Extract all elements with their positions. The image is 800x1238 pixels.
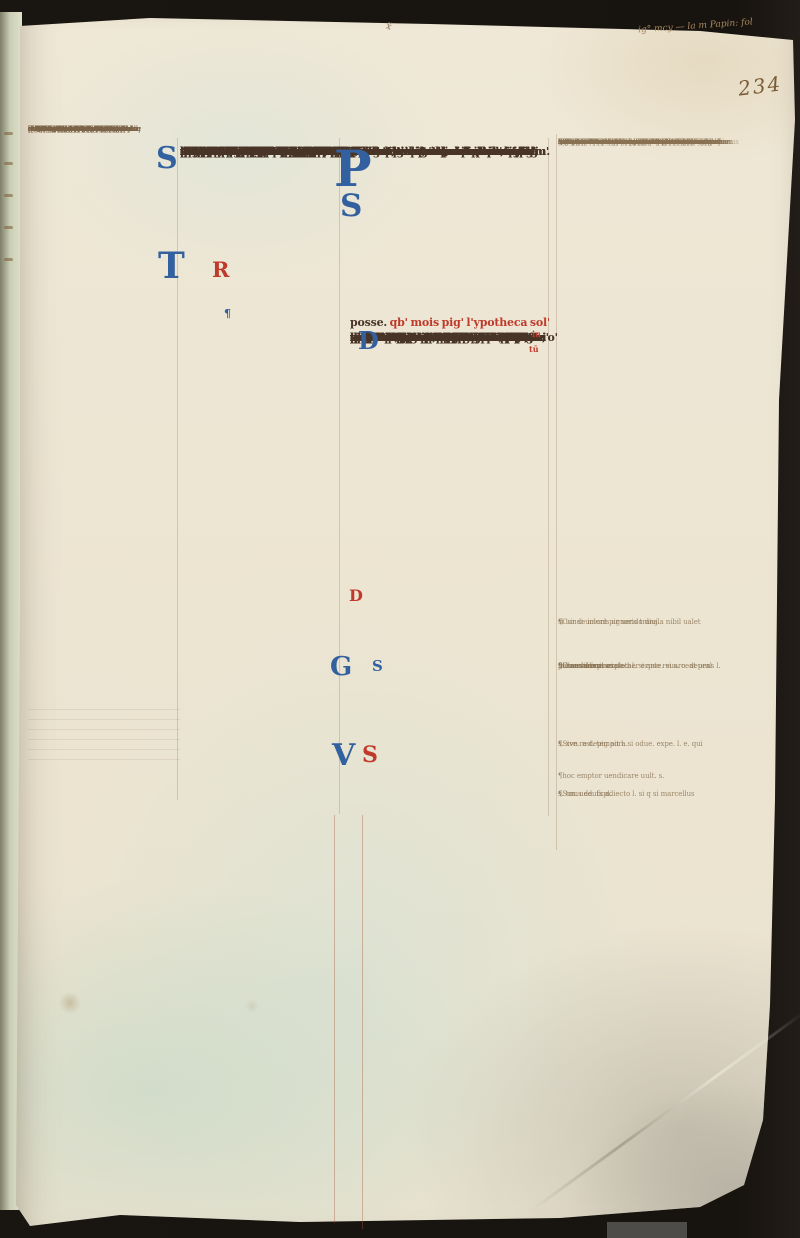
gutter-text-trace bbox=[4, 194, 13, 197]
text-line: ¶si non fuerit expleta. bbox=[558, 662, 634, 672]
illuminated-initial-S: S bbox=[340, 188, 362, 224]
rubricated-initial-S: S bbox=[362, 742, 378, 768]
rubric-line: posse. qb' mois pig' l'ypotheca sol' bbox=[350, 316, 549, 330]
text-line: s. xvn. ast. tempora. bbox=[558, 740, 628, 750]
small-blue-initial-S: S bbox=[372, 657, 383, 675]
manuscript-photo: ig° mcy — la m Papin: fol x̃ 234 a. ¶Qui… bbox=[0, 0, 800, 1238]
text-line: tr non es libatum. bbox=[180, 145, 284, 159]
gutter-text-trace bbox=[4, 162, 13, 165]
ruled-lines-blank bbox=[28, 700, 180, 764]
ruling-line bbox=[362, 815, 363, 1229]
ruling-line bbox=[548, 138, 549, 816]
text-line: nec cil. q. ya. a. aa. bbox=[28, 124, 94, 134]
gutter-text-trace bbox=[4, 258, 13, 261]
text-line: ¶hoc emptor uendicare uult. s. bbox=[558, 772, 664, 782]
text-line: obligatum ue'dere possit. & bbox=[350, 145, 512, 159]
illuminated-initial-T: T bbox=[158, 245, 185, 287]
red-marginal-note: iu bbox=[532, 329, 541, 339]
ruling-line bbox=[556, 134, 557, 850]
red-marginal-note: tū bbox=[529, 344, 539, 354]
table-support bbox=[607, 1222, 687, 1238]
ruling-line bbox=[334, 815, 335, 1223]
gutter-text-trace bbox=[4, 132, 13, 135]
ruling-line bbox=[339, 138, 340, 814]
gutter-text-trace bbox=[4, 226, 13, 229]
illuminated-initial-G: G bbox=[330, 652, 352, 682]
rubric-red-title: qb' mois pig' l'ypotheca sol' bbox=[390, 316, 549, 329]
text-line: si uinde imuris ur uendo diuj. bbox=[558, 618, 660, 628]
rubricated-initial-R: R bbox=[212, 257, 229, 282]
old-inscription: ig° mcy — la m Papin: fol bbox=[638, 15, 793, 36]
text-line: s. tm. ued. fiqd. bbox=[558, 790, 612, 800]
illuminated-initial-D: D bbox=[358, 326, 379, 355]
illuminated-initial-S: S bbox=[156, 141, 178, 176]
illuminated-initial-V: V bbox=[332, 738, 355, 773]
text-line: uues. o. debisoil. na. q. uis. quile. bbox=[558, 138, 673, 148]
rubricated-initial-D: D bbox=[349, 586, 363, 605]
blue-paraph-mark: ¶ bbox=[224, 307, 231, 320]
